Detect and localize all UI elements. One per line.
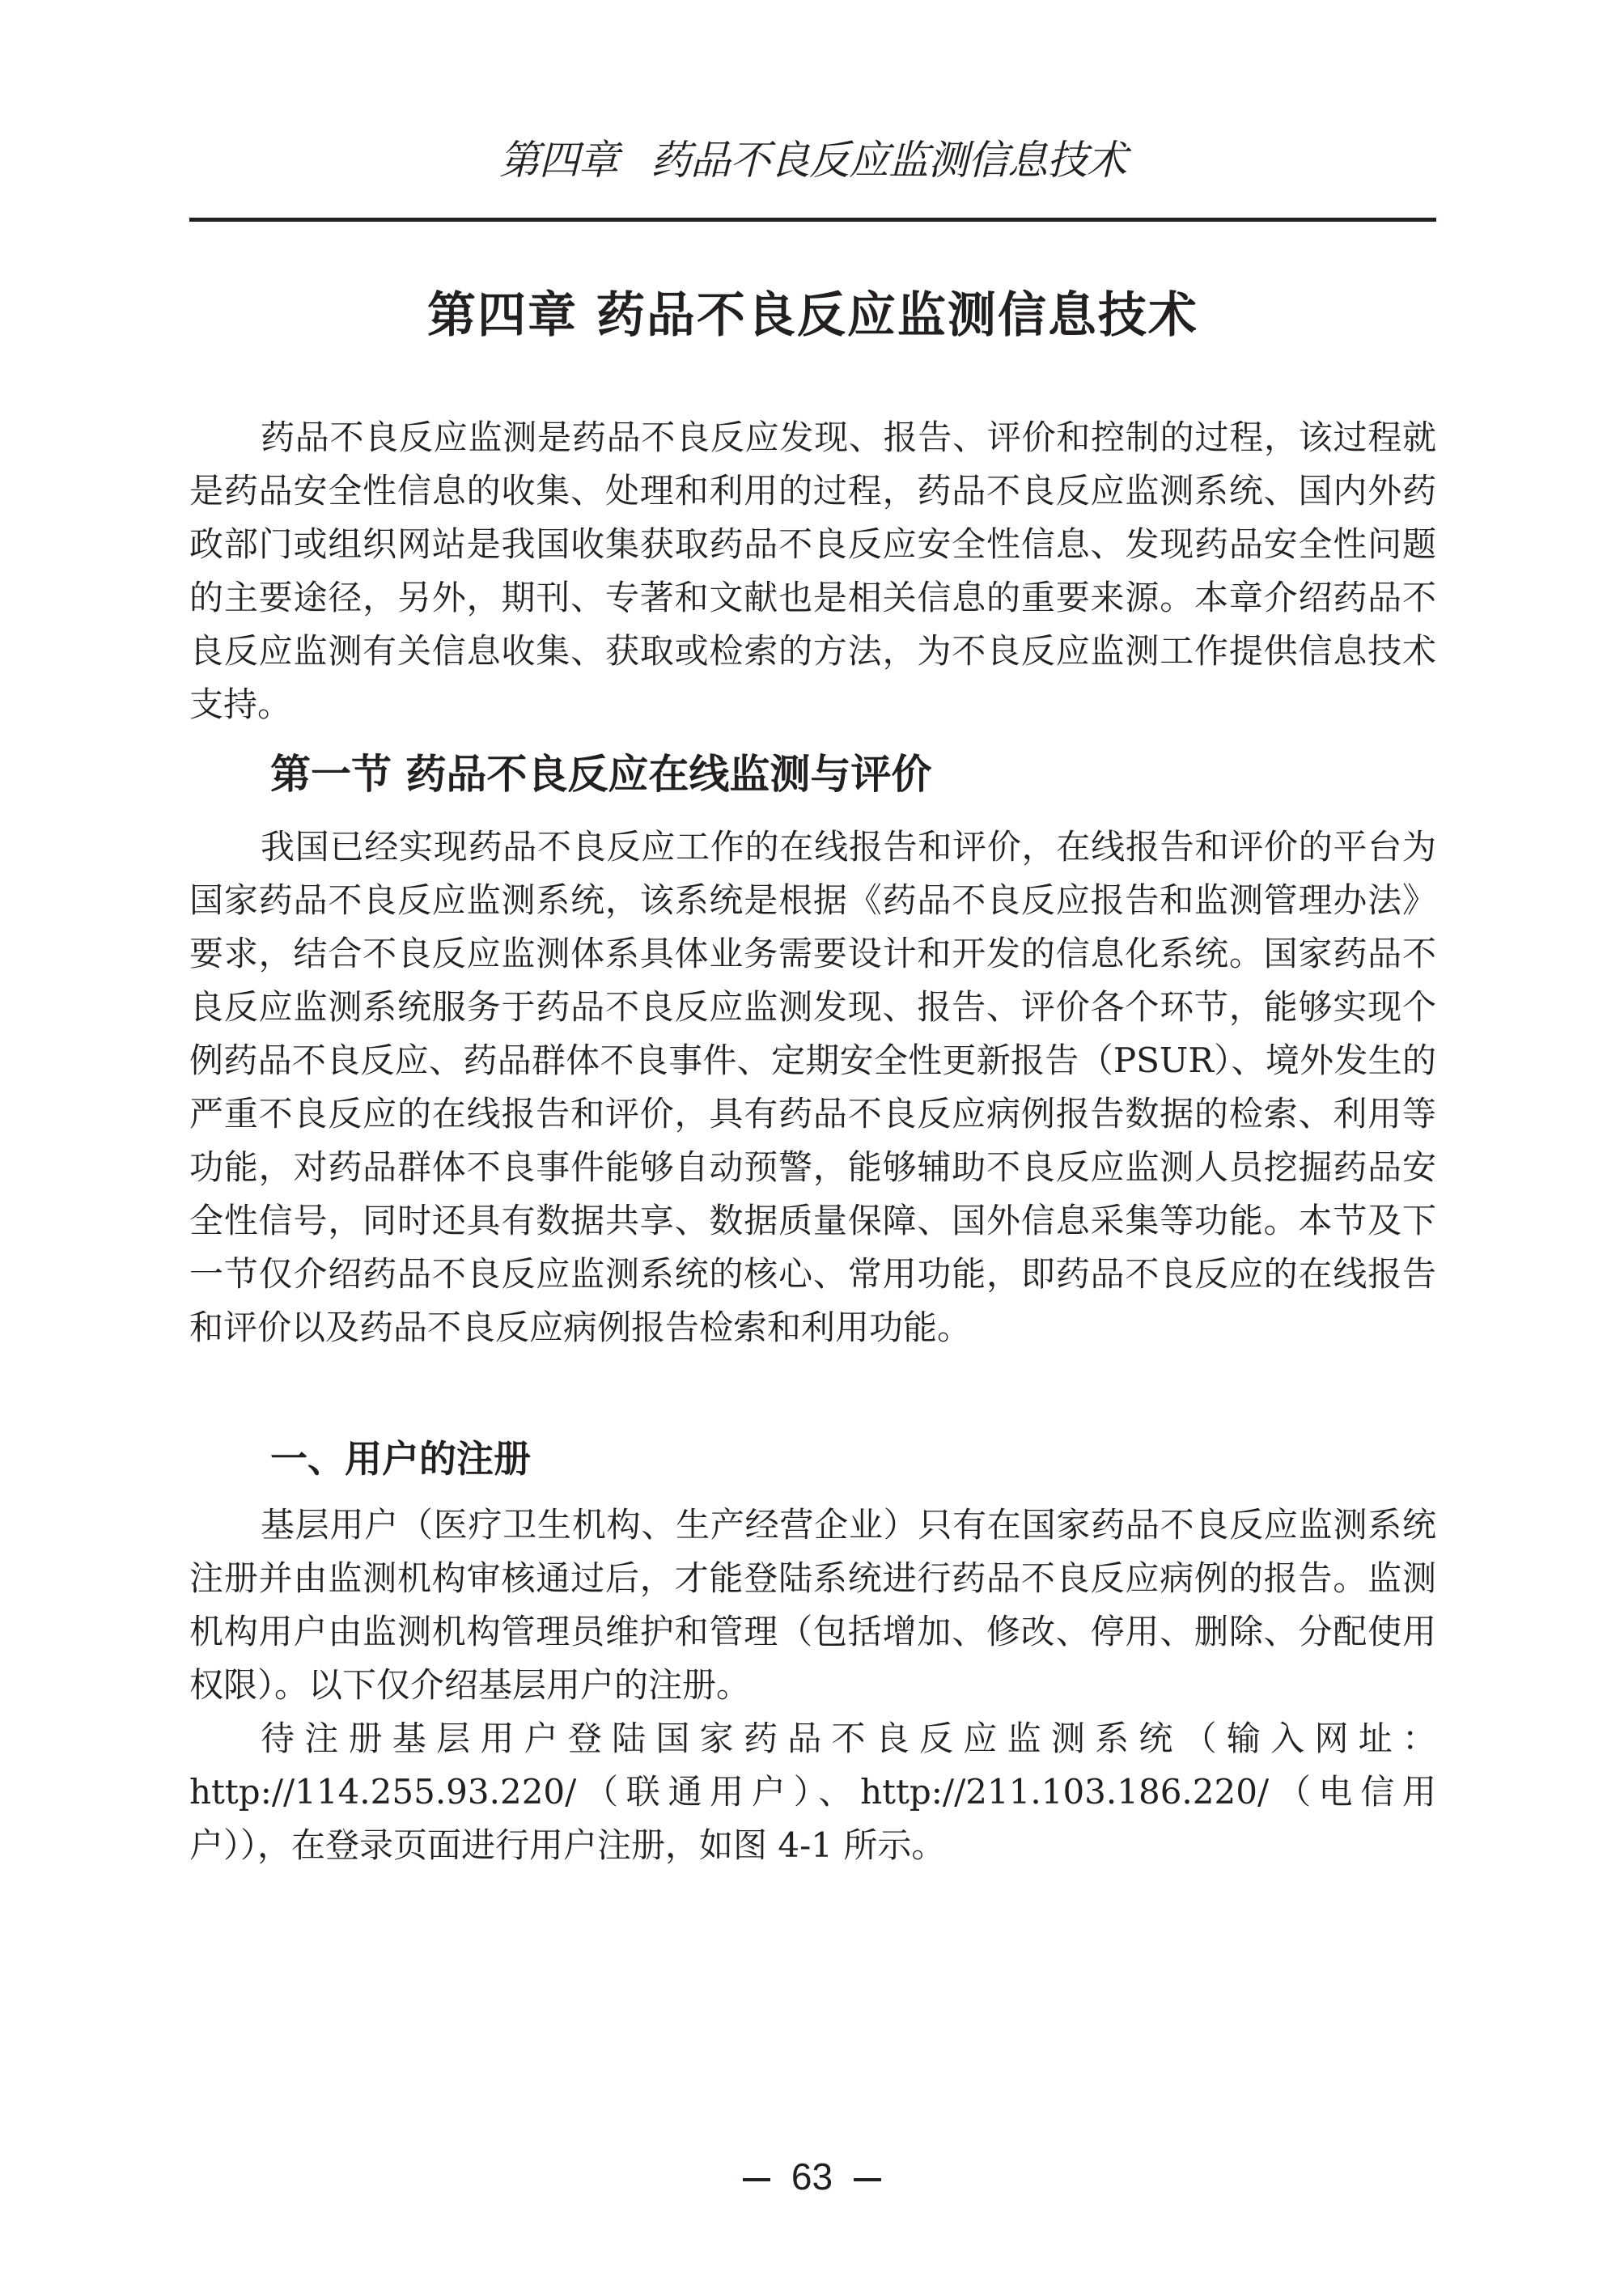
subsection-heading: 一、用户的注册 xyxy=(270,1432,531,1486)
page-number: 63 xyxy=(791,2155,833,2198)
running-head-chapter: 第四章 xyxy=(499,138,618,183)
intro-block: 药品不良反应监测是药品不良反应发现、报告、评价和控制的过程，该过程就是药品安全性… xyxy=(189,411,1436,731)
book-page: 第四章药品不良反应监测信息技术 第四章 药品不良反应监测信息技术 药品不良反应监… xyxy=(0,0,1624,2293)
chapter-title: 第四章 药品不良反应监测信息技术 xyxy=(189,285,1436,346)
dash-left-decoration xyxy=(743,2178,770,2181)
section-paragraph: 我国已经实现药品不良反应工作的在线报告和评价，在线报告和评价的平台为国家药品不良… xyxy=(189,820,1436,1354)
registration-url-paragraph: 待注册基层用户登陆国家药品不良反应监测系统（输入网址：http://114.25… xyxy=(189,1712,1436,1872)
running-head-title: 药品不良反应监测信息技术 xyxy=(651,138,1126,183)
page-number-footer: 63 xyxy=(0,2154,1624,2199)
section-body: 我国已经实现药品不良反应工作的在线报告和评价，在线报告和评价的平台为国家药品不良… xyxy=(189,820,1436,1354)
subsection-body: 基层用户（医疗卫生机构、生产经营企业）只有在国家药品不良反应监测系统注册并由监测… xyxy=(189,1498,1436,1872)
section-heading: 第一节 药品不良反应在线监测与评价 xyxy=(270,746,931,803)
dash-right-decoration xyxy=(854,2178,881,2181)
registration-paragraph: 基层用户（医疗卫生机构、生产经营企业）只有在国家药品不良反应监测系统注册并由监测… xyxy=(189,1498,1436,1712)
running-head: 第四章药品不良反应监测信息技术 xyxy=(189,136,1436,184)
header-rule-divider xyxy=(189,218,1436,222)
intro-paragraph: 药品不良反应监测是药品不良反应发现、报告、评价和控制的过程，该过程就是药品安全性… xyxy=(189,411,1436,731)
